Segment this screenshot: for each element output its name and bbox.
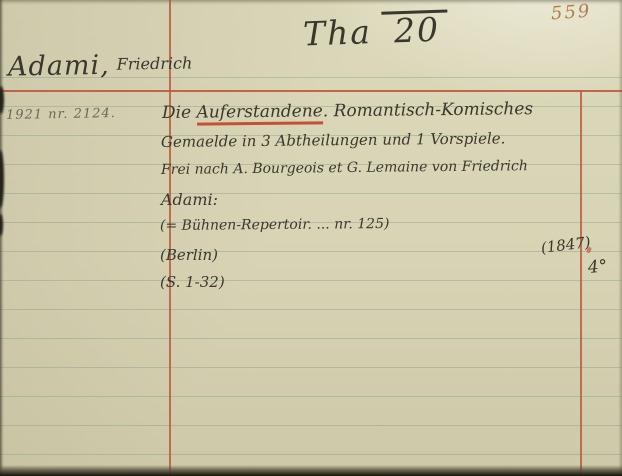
title-line-1: Die Auferstandene. Romantisch-Komisches: [162, 99, 533, 123]
publication-year: (1847): [540, 233, 592, 257]
author-surname: Adami,: [8, 50, 110, 83]
title-underlined-word: Auferstandene: [196, 101, 323, 125]
card-bottom-edge: [0, 465, 622, 476]
red-check-mark: [586, 246, 592, 253]
statement-line-1: Frei nach A. Bourgeois et G. Lemaine von…: [161, 158, 528, 178]
page-number: 559: [550, 1, 592, 25]
title-post: . Romantisch-Komisches: [323, 99, 533, 121]
shelfmark-number: 20: [381, 9, 448, 49]
card-left-edge: [0, 0, 4, 476]
author-heading: Adami, Friedrich: [8, 48, 193, 82]
publication-place: (Berlin): [160, 246, 218, 264]
red-horizontal-rule: [0, 90, 622, 92]
accession-number: 1921 nr. 2124.: [6, 106, 116, 123]
shelfmark-prefix: Tha: [302, 12, 372, 53]
series-note: (= Bühnen-Repertoir. ... nr. 125): [160, 216, 390, 234]
red-vertical-rule-right: [580, 91, 582, 476]
author-forename: Friedrich: [117, 53, 193, 73]
catalog-card: 559 Tha20 Adami, Friedrich 1921 nr. 2124…: [0, 0, 622, 476]
title-pre: Die: [162, 103, 197, 123]
format-size: 4°: [587, 256, 608, 278]
title-line-2: Gemaelde in 3 Abtheilungen und 1 Vorspie…: [161, 129, 506, 151]
pagination: (S. 1-32): [160, 273, 225, 291]
shelfmark-heading: Tha20: [302, 9, 448, 53]
statement-line-2: Adami:: [161, 190, 218, 209]
